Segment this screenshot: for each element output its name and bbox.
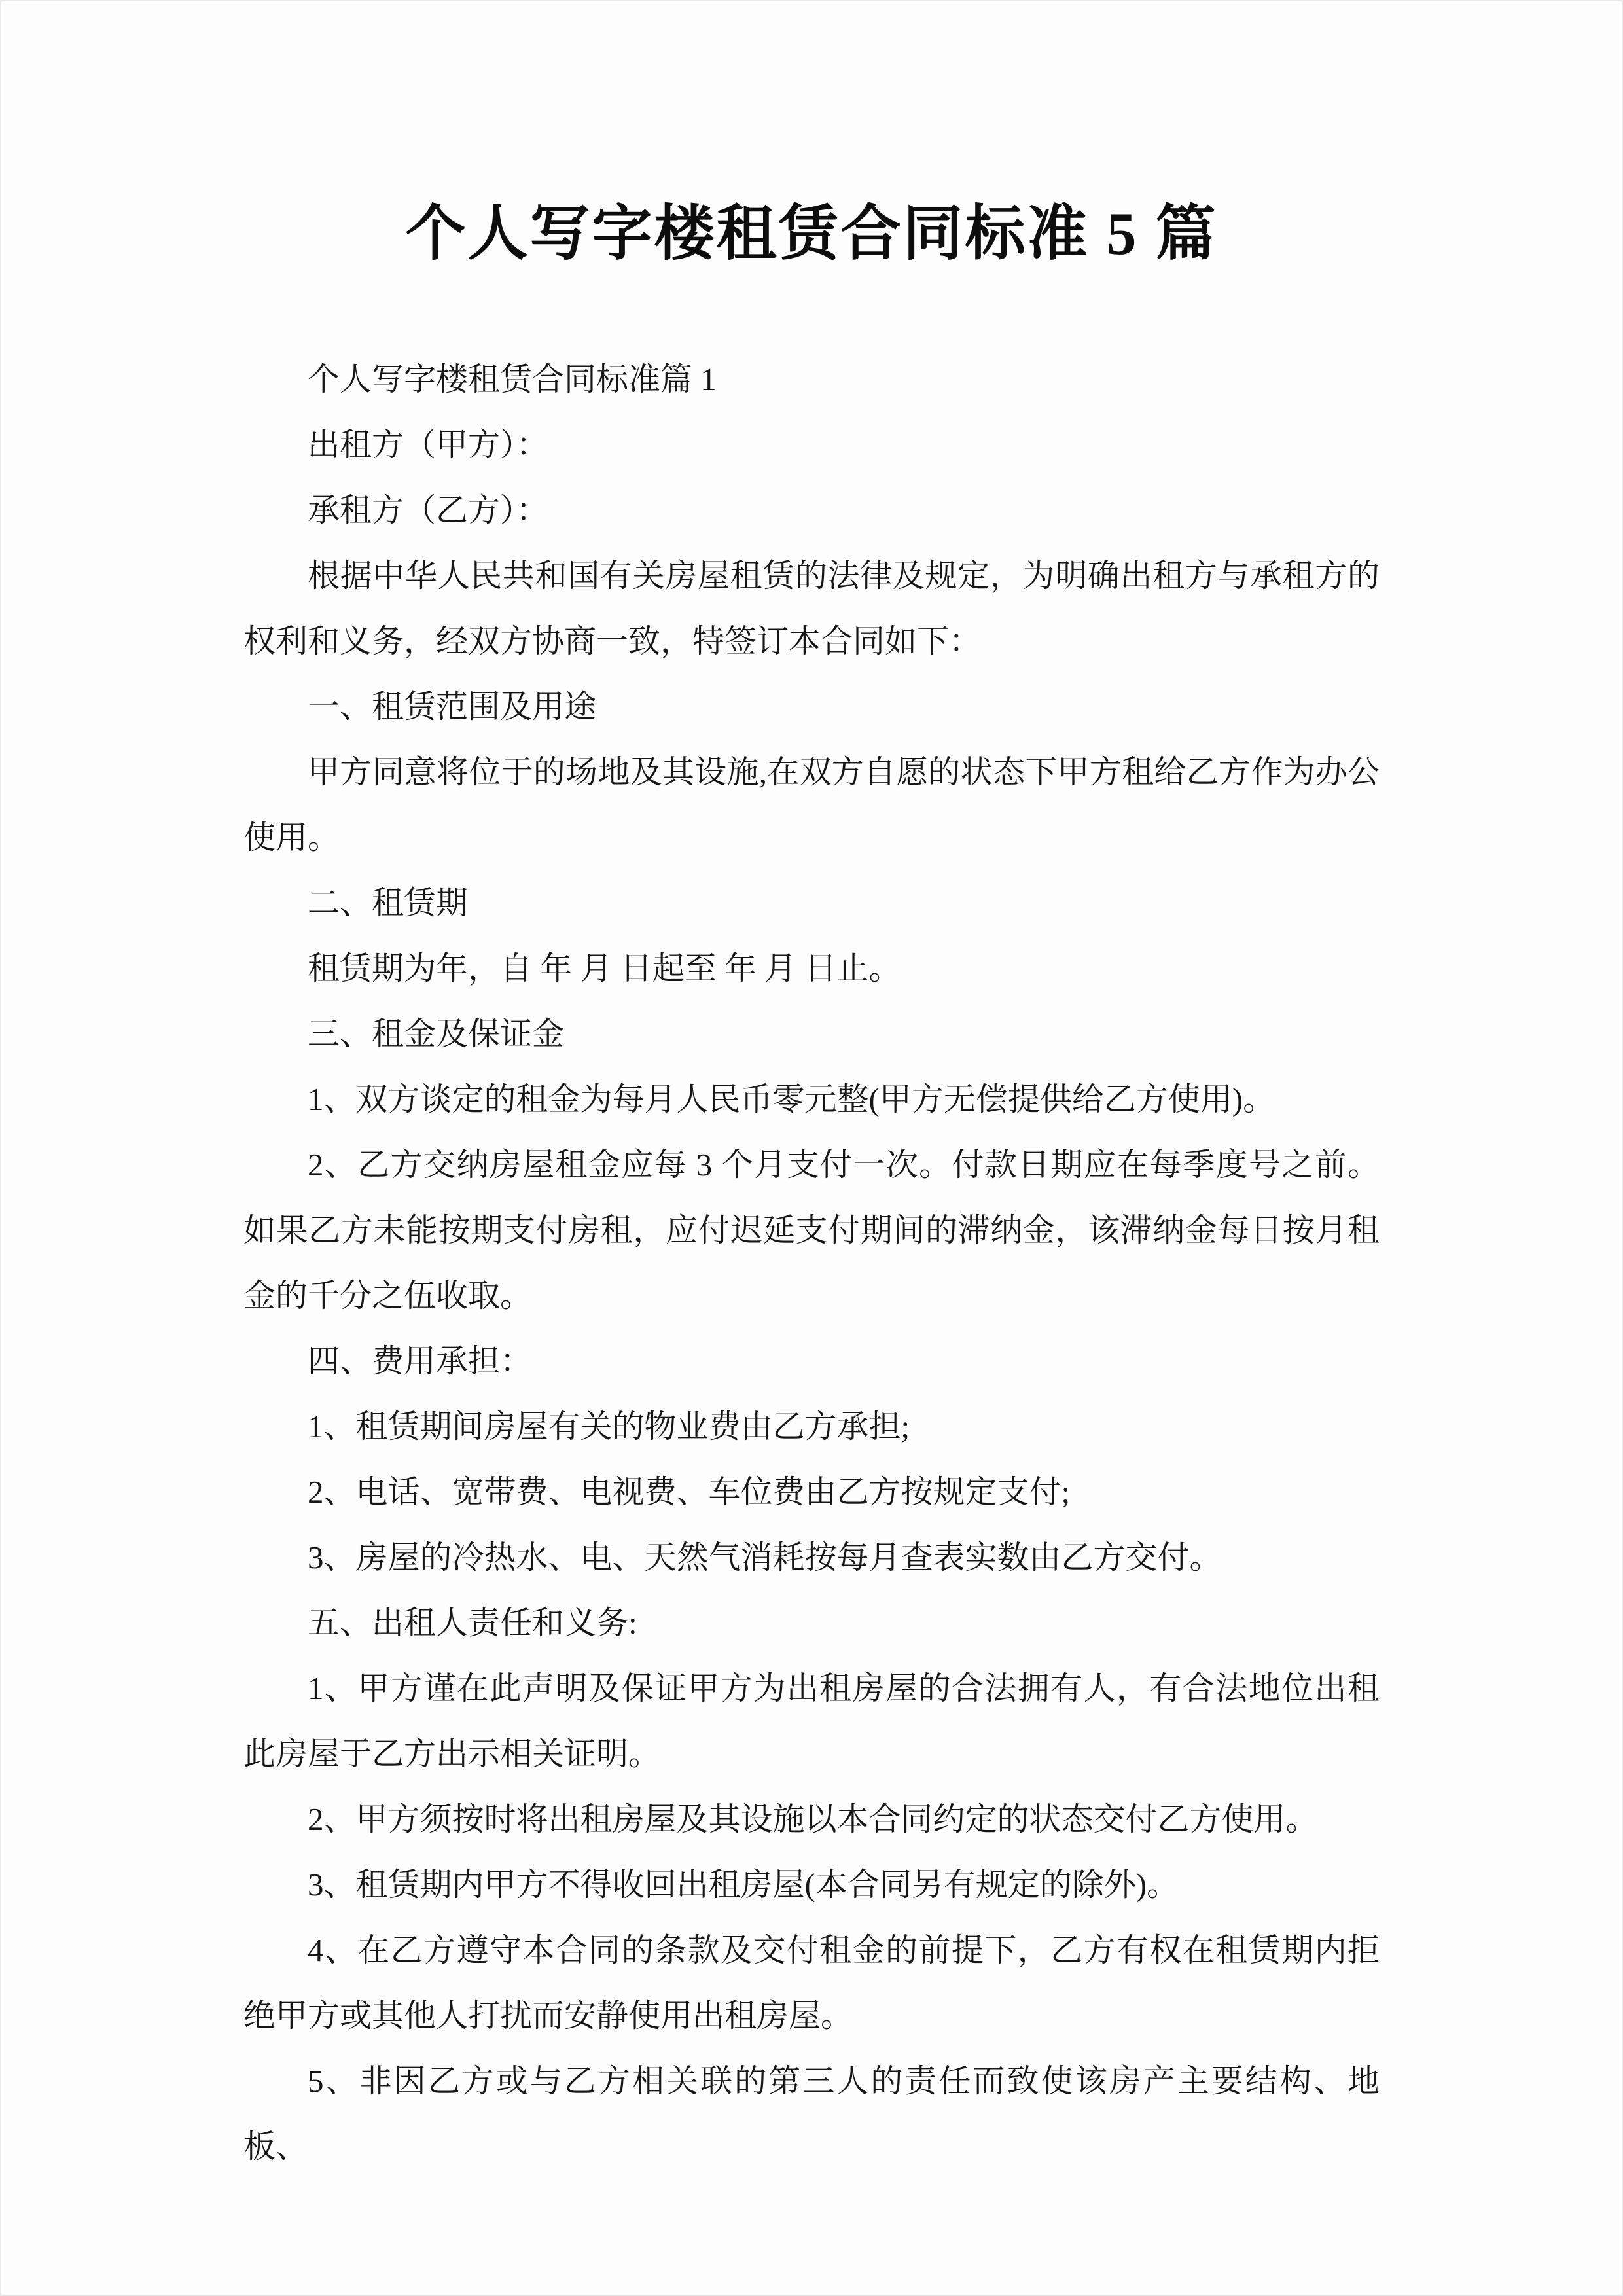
- paragraph: 承租方（乙方）：: [243, 478, 1380, 543]
- document-title: 个人写字楼租赁合同标准 5 篇: [0, 0, 1623, 270]
- paragraph: 2、乙方交纳房屋租金应每 3 个月支付一次。付款日期应在每季度号之前。如果乙方未…: [243, 1132, 1380, 1329]
- paragraph: 个人写字楼租赁合同标准篇 1: [243, 347, 1380, 412]
- paragraph: 根据中华人民共和国有关房屋租赁的法律及规定，为明确出租方与承租方的权利和义务，经…: [243, 543, 1380, 674]
- paragraph: 一、租赁范围及用途: [243, 674, 1380, 740]
- paragraph: 五、出租人责任和义务:: [243, 1590, 1380, 1656]
- paragraph: 4、在乙方遵守本合同的条款及交付租金的前提下，乙方有权在租赁期内拒绝甲方或其他人…: [243, 1918, 1380, 2049]
- paragraph: 四、费用承担：: [243, 1329, 1380, 1394]
- paragraph: 5、非因乙方或与乙方相关联的第三人的责任而致使该房产主要结构、地板、: [243, 2049, 1380, 2179]
- paragraph: 甲方同意将位于的场地及其设施,在双方自愿的状态下甲方租给乙方作为办公使用。: [243, 740, 1380, 870]
- paragraph: 1、租赁期间房屋有关的物业费由乙方承担;: [243, 1394, 1380, 1460]
- paragraph: 2、甲方须按时将出租房屋及其设施以本合同约定的状态交付乙方使用。: [243, 1787, 1380, 1852]
- contract-page: 个人写字楼租赁合同标准 5 篇 个人写字楼租赁合同标准篇 1出租方（甲方）：承租…: [0, 0, 1623, 2296]
- paragraph: 3、租赁期内甲方不得收回出租房屋(本合同另有规定的除外)。: [243, 1852, 1380, 1918]
- paragraph: 租赁期为年，自 年 月 日起至 年 月 日止。: [243, 936, 1380, 1001]
- paragraph: 二、租赁期: [243, 870, 1380, 936]
- paragraph: 2、电话、宽带费、电视费、车位费由乙方按规定支付;: [243, 1460, 1380, 1525]
- paragraph: 三、租金及保证金: [243, 1001, 1380, 1067]
- paragraph: 3、房屋的冷热水、电、天然气消耗按每月查表实数由乙方交付。: [243, 1525, 1380, 1590]
- document-body: 个人写字楼租赁合同标准篇 1出租方（甲方）：承租方（乙方）：根据中华人民共和国有…: [243, 347, 1380, 2179]
- paragraph: 1、甲方谨在此声明及保证甲方为出租房屋的合法拥有人，有合法地位出租此房屋于乙方出…: [243, 1656, 1380, 1787]
- paragraph: 出租方（甲方）：: [243, 412, 1380, 478]
- paragraph: 1、双方谈定的租金为每月人民币零元整(甲方无偿提供给乙方使用)。: [243, 1067, 1380, 1132]
